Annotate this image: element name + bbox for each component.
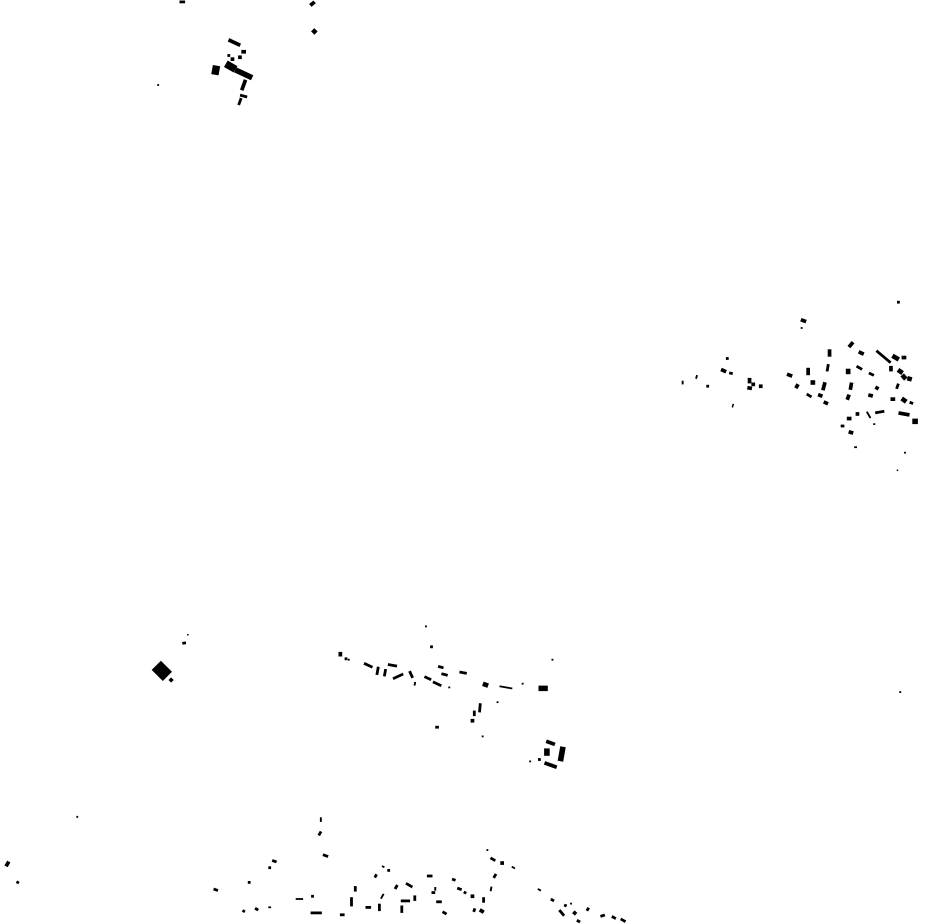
- building-footprint: [383, 669, 387, 677]
- building-footprint: [479, 908, 485, 914]
- building-footprint: [490, 886, 493, 891]
- building-footprint: [497, 701, 499, 703]
- building-footprint: [482, 897, 485, 903]
- building-footprint: [868, 372, 874, 377]
- building-footprint: [296, 898, 303, 900]
- building-footprint: [434, 887, 436, 891]
- building-footprint: [438, 665, 444, 669]
- building-footprint: [425, 626, 427, 628]
- building-footprint: [907, 376, 913, 382]
- building-footprint: [228, 38, 241, 47]
- building-footprint: [897, 368, 904, 375]
- building-footprint: [544, 748, 550, 755]
- building-footprint: [432, 681, 442, 687]
- building-footprint: [806, 368, 810, 375]
- building-footprint: [490, 857, 496, 862]
- building-footprint: [898, 411, 910, 417]
- building-footprint: [726, 357, 729, 360]
- building-footprint: [847, 341, 854, 348]
- building-footprint: [187, 634, 189, 636]
- building-footprint: [375, 667, 379, 676]
- building-footprint: [435, 726, 439, 729]
- building-footprint: [845, 394, 850, 400]
- building-footprint: [227, 54, 230, 57]
- building-footprint: [427, 875, 433, 878]
- building-footprint: [511, 866, 515, 869]
- building-footprint: [889, 366, 893, 372]
- building-footprint: [875, 350, 891, 364]
- building-footprint: [408, 671, 414, 679]
- building-footprint: [213, 888, 218, 892]
- building-footprint: [457, 887, 462, 891]
- building-footprint: [538, 758, 541, 761]
- building-footprint: [478, 703, 482, 712]
- building-footprint: [387, 869, 390, 872]
- building-footprint: [345, 657, 348, 660]
- building-footprint: [558, 909, 565, 916]
- building-footprint: [16, 880, 20, 884]
- building-footprint: [380, 893, 384, 899]
- building-footprint: [748, 378, 752, 384]
- building-footprint: [311, 28, 318, 35]
- building-footprint: [340, 913, 345, 916]
- building-footprint: [238, 55, 242, 59]
- building-footprint: [821, 382, 827, 391]
- building-footprint: [586, 907, 590, 912]
- building-footprint: [463, 891, 467, 895]
- building-footprint: [272, 859, 277, 863]
- building-footprint: [268, 866, 271, 869]
- building-footprint: [76, 816, 79, 819]
- building-footprint: [482, 682, 489, 688]
- building-footprint: [405, 882, 413, 888]
- building-footprint: [448, 687, 450, 689]
- building-footprint: [320, 817, 322, 822]
- building-footprint: [309, 0, 316, 6]
- building-footprint: [211, 65, 220, 75]
- building-footprint: [322, 853, 328, 858]
- building-footprint: [234, 67, 253, 80]
- building-footprint: [759, 384, 763, 388]
- building-footprint: [572, 910, 577, 915]
- building-footprint: [874, 386, 879, 391]
- building-footprint: [539, 686, 548, 692]
- building-footprint: [858, 350, 865, 356]
- building-footprint: [424, 675, 432, 681]
- building-footprint: [374, 874, 378, 879]
- building-footprint: [729, 371, 733, 375]
- building-footprint: [856, 365, 863, 371]
- building-footprint: [682, 381, 684, 385]
- building-footprint: [895, 383, 900, 389]
- building-footprint: [401, 900, 410, 903]
- building-footprint: [413, 895, 416, 901]
- building-footprint: [400, 906, 403, 913]
- building-footprint: [912, 419, 918, 425]
- building-footprint: [811, 380, 816, 385]
- building-footprint: [854, 446, 857, 448]
- building-footprint: [828, 349, 832, 356]
- building-footprint: [339, 652, 343, 657]
- building-footprint: [392, 673, 403, 680]
- building-footprint: [786, 372, 793, 377]
- cluster-southwest-complex: [152, 634, 189, 683]
- building-footprint: [366, 906, 372, 909]
- building-footprint: [875, 410, 885, 414]
- building-footprint: [500, 861, 504, 865]
- building-footprint: [847, 417, 852, 421]
- building-footprint: [873, 423, 875, 425]
- building-footprint: [473, 711, 476, 717]
- building-footprint: [866, 411, 871, 418]
- building-footprint: [471, 719, 475, 723]
- building-footprint: [848, 430, 853, 435]
- building-footprint: [558, 746, 566, 762]
- building-footprint: [441, 672, 448, 676]
- cluster-east-village: [682, 301, 918, 471]
- building-footprint: [897, 470, 899, 472]
- building-footprint: [856, 412, 860, 416]
- building-footprint: [482, 736, 484, 738]
- building-footprint: [254, 907, 259, 911]
- building-footprint: [600, 914, 605, 918]
- cluster-northwest-hamlet: [157, 0, 317, 105]
- building-footprint: [794, 383, 800, 389]
- building-footprint: [452, 878, 456, 882]
- building-footprint: [436, 900, 442, 903]
- building-footprint: [430, 645, 433, 648]
- building-footprint: [544, 761, 557, 769]
- building-footprint: [564, 904, 568, 908]
- building-footprint: [620, 918, 626, 923]
- building-footprint: [4, 861, 10, 868]
- building-footprint: [747, 386, 752, 390]
- building-footprint: [388, 663, 398, 667]
- building-footprint: [231, 57, 235, 61]
- building-footprint: [570, 903, 572, 905]
- building-footprint: [891, 397, 896, 401]
- building-footprint: [550, 898, 555, 902]
- building-footprint: [529, 761, 531, 763]
- building-footprint: [823, 400, 829, 405]
- building-footprint: [522, 683, 524, 685]
- building-footprint: [732, 404, 734, 408]
- building-footprint: [472, 908, 476, 912]
- building-footprint: [311, 912, 322, 915]
- building-footprint: [348, 659, 350, 661]
- building-footprint: [268, 906, 271, 908]
- building-footprint: [806, 393, 812, 398]
- building-footprint: [848, 382, 853, 390]
- building-footprint: [841, 425, 845, 428]
- building-footprint: [471, 894, 475, 898]
- building-footprint: [576, 919, 581, 923]
- building-footprint: [801, 327, 803, 329]
- building-footprint: [414, 682, 417, 686]
- building-footprint: [611, 915, 616, 920]
- building-footprint: [157, 84, 159, 86]
- building-footprint: [318, 831, 323, 836]
- building-footprint: [904, 452, 906, 454]
- building-footprint: [846, 369, 851, 375]
- building-footprint: [492, 873, 497, 878]
- building-footprint: [537, 888, 541, 891]
- building-footprint: [499, 685, 512, 689]
- building-footprint: [899, 691, 901, 693]
- building-footprint: [552, 659, 554, 661]
- building-footprint: [695, 375, 698, 379]
- building-footprint: [382, 865, 385, 868]
- building-footprint: [242, 909, 246, 913]
- building-footprint: [826, 364, 830, 372]
- building-footprint: [182, 641, 186, 644]
- building-footprint: [354, 886, 357, 892]
- building-footprint: [241, 50, 246, 54]
- building-footprint: [248, 881, 251, 884]
- building-footprint: [442, 911, 447, 916]
- building-footprint: [720, 368, 727, 374]
- cluster-south-edge-village: [4, 816, 626, 924]
- building-footprint: [363, 662, 373, 668]
- building-footprint: [237, 98, 242, 106]
- building-footprint: [706, 385, 709, 388]
- building-footprint: [394, 884, 399, 889]
- building-footprint: [459, 671, 467, 675]
- building-footprint: [486, 849, 488, 851]
- building-footprint: [152, 661, 172, 681]
- building-footprint: [240, 79, 247, 91]
- building-footprint-map[interactable]: [0, 0, 930, 924]
- building-footprint: [311, 895, 314, 898]
- building-footprint: [891, 354, 900, 362]
- building-footprint: [751, 383, 755, 387]
- building-footprint: [180, 1, 186, 4]
- map-canvas: [0, 0, 930, 924]
- building-footprint: [546, 740, 556, 747]
- building-footprint: [800, 318, 807, 323]
- building-footprint: [902, 356, 907, 360]
- building-footprint: [900, 397, 907, 404]
- building-footprint: [240, 94, 248, 99]
- cluster-central-south-settlement: [339, 626, 902, 770]
- building-footprint: [817, 393, 823, 398]
- building-footprint: [350, 897, 353, 906]
- building-footprint: [909, 401, 913, 405]
- building-footprint: [378, 904, 381, 911]
- building-footprint: [897, 301, 900, 304]
- building-footprint: [868, 393, 873, 398]
- building-footprint: [168, 677, 173, 682]
- building-footprint: [432, 891, 436, 894]
